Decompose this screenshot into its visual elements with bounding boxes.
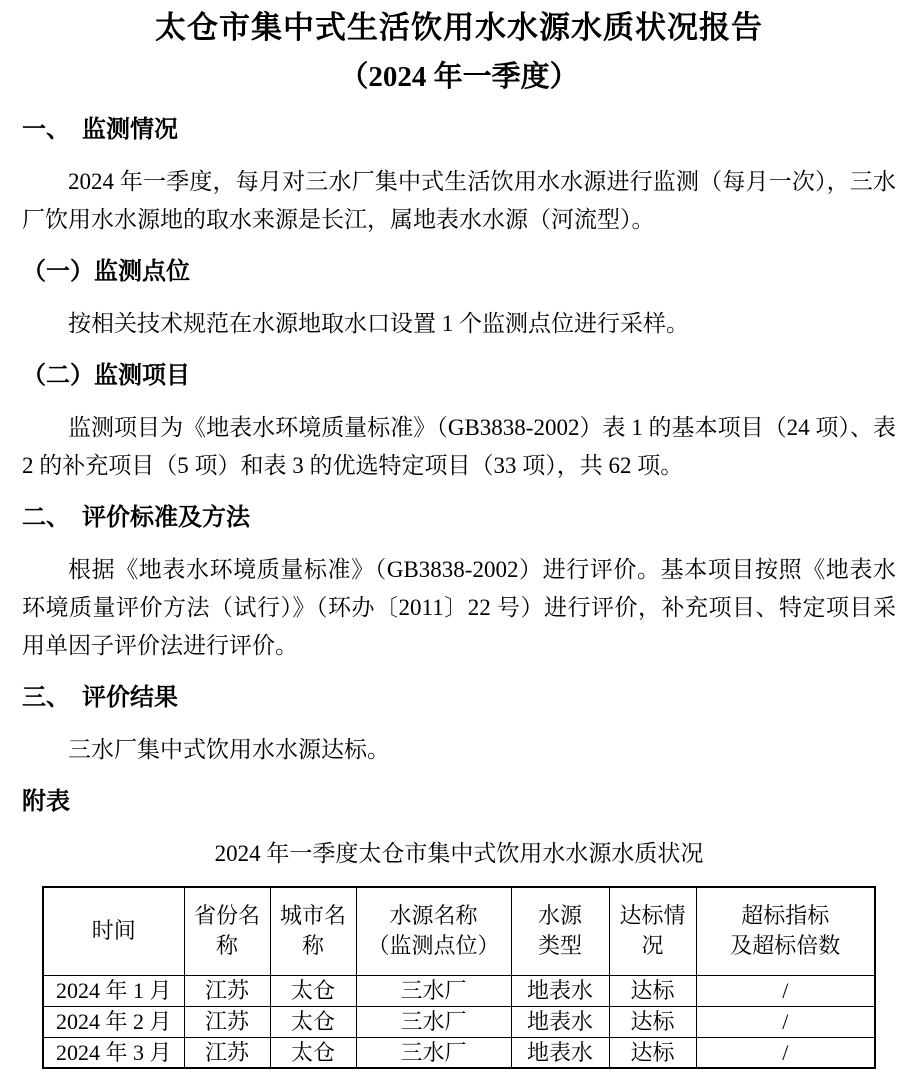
- doc-title: 太仓市集中式生活饮用水水源水质状况报告: [22, 8, 896, 48]
- table-cell-source-name: 三水厂: [356, 1037, 511, 1068]
- table-cell-source-type: 地表水: [511, 1006, 609, 1037]
- table-cell-city: 太仓: [270, 1006, 356, 1037]
- table-cell-city: 太仓: [270, 975, 356, 1006]
- table-cell-exceedance: /: [696, 1037, 875, 1068]
- table-header-exceedance: 超标指标 及超标倍数: [696, 887, 875, 975]
- table-cell-time: 2024 年 1 月: [43, 975, 184, 1006]
- table-row: 2024 年 1 月 江苏 太仓 三水厂 地表水 达标 /: [43, 975, 875, 1006]
- table-cell-time: 2024 年 3 月: [43, 1037, 184, 1068]
- table-row: 2024 年 2 月 江苏 太仓 三水厂 地表水 达标 /: [43, 1006, 875, 1037]
- table-header-row: 时间 省份名 称 城市名 称 水源名称 （监测点位） 水源 类型 达标情 况 超…: [43, 887, 875, 975]
- table-header-compliance: 达标情 况: [609, 887, 696, 975]
- table-cell-province: 江苏: [184, 1037, 270, 1068]
- table-cell-province: 江苏: [184, 1006, 270, 1037]
- section-heading-evaluation-result: 三、 评价结果: [22, 679, 896, 717]
- doc-subtitle: （2024 年一季度）: [22, 57, 896, 97]
- table-cell-compliance: 达标: [609, 975, 696, 1006]
- table-cell-exceedance: /: [696, 1006, 875, 1037]
- table-row: 2024 年 3 月 江苏 太仓 三水厂 地表水 达标 /: [43, 1037, 875, 1068]
- table-cell-source-name: 三水厂: [356, 1006, 511, 1037]
- table-cell-compliance: 达标: [609, 1037, 696, 1068]
- table-cell-source-type: 地表水: [511, 975, 609, 1006]
- table-cell-source-name: 三水厂: [356, 975, 511, 1006]
- section-heading-monitoring-items: （二）监测项目: [22, 357, 896, 395]
- water-quality-table: 时间 省份名 称 城市名 称 水源名称 （监测点位） 水源 类型 达标情 况 超…: [42, 886, 876, 1069]
- table-cell-city: 太仓: [270, 1037, 356, 1068]
- paragraph-evaluation-standard: 根据《地表水环境质量标准》（GB3838-2002）进行评价。基本项目按照《地表…: [22, 551, 896, 665]
- section-heading-monitoring: 一、 监测情况: [22, 111, 896, 149]
- table-cell-province: 江苏: [184, 975, 270, 1006]
- paragraph-monitoring: 2024 年一季度，每月对三水厂集中式生活饮用水水源进行监测（每月一次），三水厂…: [22, 163, 896, 239]
- table-title: 2024 年一季度太仓市集中式饮用水水源水质状况: [22, 835, 896, 873]
- document-page: 太仓市集中式生活饮用水水源水质状况报告 （2024 年一季度） 一、 监测情况 …: [0, 0, 918, 1088]
- table-cell-source-type: 地表水: [511, 1037, 609, 1068]
- paragraph-monitoring-points: 按相关技术规范在水源地取水口设置 1 个监测点位进行采样。: [22, 305, 896, 343]
- table-header-source-type: 水源 类型: [511, 887, 609, 975]
- table-cell-time: 2024 年 2 月: [43, 1006, 184, 1037]
- paragraph-monitoring-items: 监测项目为《地表水环境质量标准》（GB3838-2002）表 1 的基本项目（2…: [22, 409, 896, 485]
- paragraph-evaluation-result: 三水厂集中式饮用水水源达标。: [22, 731, 896, 769]
- section-heading-evaluation-standard: 二、 评价标准及方法: [22, 499, 896, 537]
- section-heading-monitoring-points: （一）监测点位: [22, 253, 896, 291]
- table-header-province: 省份名 称: [184, 887, 270, 975]
- table-cell-exceedance: /: [696, 975, 875, 1006]
- table-header-time: 时间: [43, 887, 184, 975]
- table-cell-compliance: 达标: [609, 1006, 696, 1037]
- table-header-source-name: 水源名称 （监测点位）: [356, 887, 511, 975]
- section-heading-appendix: 附表: [22, 783, 896, 821]
- table-header-city: 城市名 称: [270, 887, 356, 975]
